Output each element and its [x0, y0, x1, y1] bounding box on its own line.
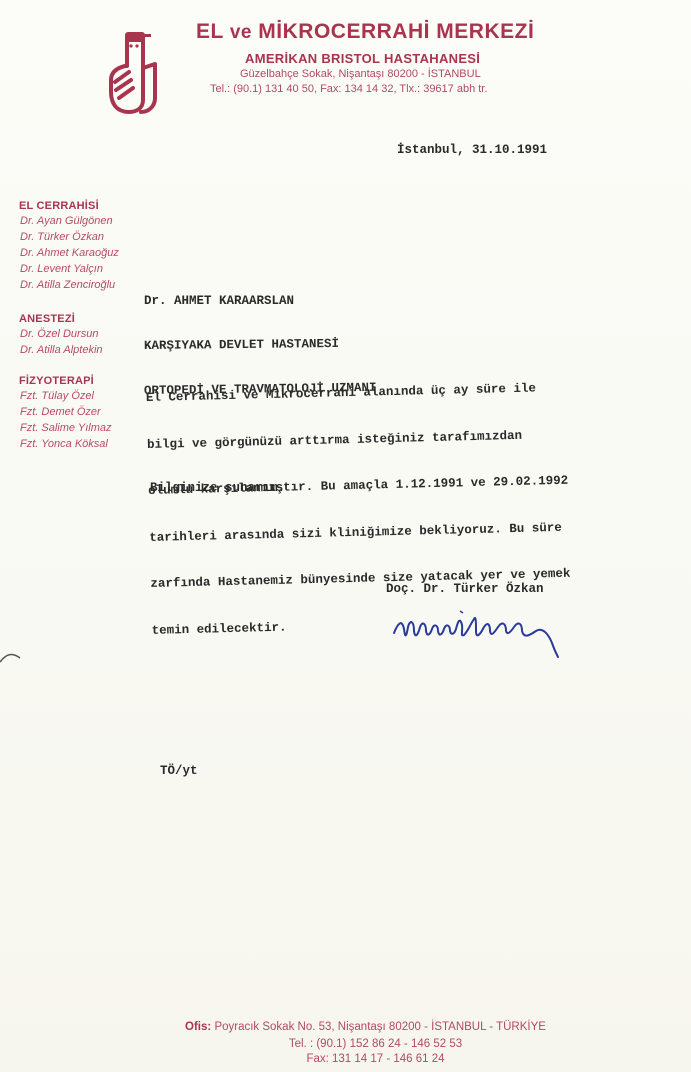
- staff-member: Dr. Türker Özkan: [19, 229, 119, 245]
- letter-date: İstanbul, 31.10.1991: [397, 143, 547, 157]
- section-title: FİZYOTERAPİ: [19, 375, 112, 387]
- section-title: EL CERRAHİSİ: [19, 200, 119, 212]
- section-title: ANESTEZİ: [19, 313, 103, 325]
- body-line: El Cerrahisi ve Mikrocerrahi alanında üç…: [146, 381, 566, 407]
- letter-page: EL ve MİKROCERRAHİ MERKEZİ AMERİKAN BRIS…: [0, 0, 691, 1072]
- signer-name: Doç. Dr. Türker Özkan: [386, 582, 544, 596]
- hospital-name: AMERİKAN BRISTOL HASTAHANESİ: [245, 51, 480, 66]
- letterhead-title: EL ve MİKROCERRAHİ MERKEZİ: [196, 20, 534, 44]
- letter-closing: Bilginize sunarım.: [150, 481, 285, 495]
- staff-member: Dr. Ahmet Karaoğuz: [19, 245, 119, 261]
- staff-member: Fzt. Tülay Özel: [19, 388, 112, 404]
- footer-fax: Fax: 131 14 17 - 146 61 24: [0, 1053, 691, 1065]
- staff-member: Dr. Ayan Gülgönen: [19, 213, 119, 229]
- body-line: tarihleri arasında sizi kliniğimize bekl…: [149, 520, 569, 546]
- title-center: MİKROCERRAHİ MERKEZİ: [258, 20, 534, 43]
- scan-edge-mark: [0, 650, 24, 664]
- staff-member: Dr. Özel Dursun: [19, 326, 103, 342]
- title-ve: ve: [230, 22, 252, 43]
- hospital-address: Güzelbahçe Sokak, Nişantaşı 80200 - İSTA…: [240, 68, 481, 80]
- office-label: Ofis:: [185, 1021, 211, 1033]
- footer-tel: Tel. : (90.1) 152 86 24 - 146 52 53: [0, 1038, 691, 1050]
- hand-finger-bandage-icon: [107, 28, 165, 114]
- footer-office: Ofis: Poyracık Sokak No. 53, Nişantaşı 8…: [0, 1021, 691, 1033]
- section-anestezi: ANESTEZİ Dr. Özel Dursun Dr. Atilla Alpt…: [19, 313, 103, 358]
- typist-initials: TÖ/yt: [160, 764, 198, 778]
- section-el-cerrahisi: EL CERRAHİSİ Dr. Ayan Gülgönen Dr. Türke…: [19, 200, 119, 293]
- staff-member: Fzt. Yonca Köksal: [19, 436, 112, 452]
- handwritten-signature-icon: [390, 605, 565, 660]
- office-address: Poyracık Sokak No. 53, Nişantaşı 80200 -…: [214, 1021, 546, 1033]
- staff-member: Fzt. Salime Yılmaz: [19, 420, 112, 436]
- staff-member: Dr. Atilla Zenciroğlu: [19, 277, 119, 293]
- recipient-hospital: KARŞIYAKA DEVLET HASTANESİ: [144, 337, 377, 354]
- section-fizyoterapi: FİZYOTERAPİ Fzt. Tülay Özel Fzt. Demet Ö…: [19, 375, 112, 452]
- staff-member: Dr. Levent Yalçın: [19, 261, 119, 277]
- title-el: EL: [196, 20, 223, 43]
- staff-member: Dr. Atilla Alptekin: [19, 342, 103, 358]
- recipient-name: Dr. AHMET KARAARSLAN: [144, 294, 377, 309]
- staff-member: Fzt. Demet Özer: [19, 404, 112, 420]
- body-line: bilgi ve görgünüzü arttırma isteğiniz ta…: [147, 427, 567, 453]
- hospital-contact: Tel.: (90.1) 131 40 50, Fax: 134 14 32, …: [210, 83, 487, 95]
